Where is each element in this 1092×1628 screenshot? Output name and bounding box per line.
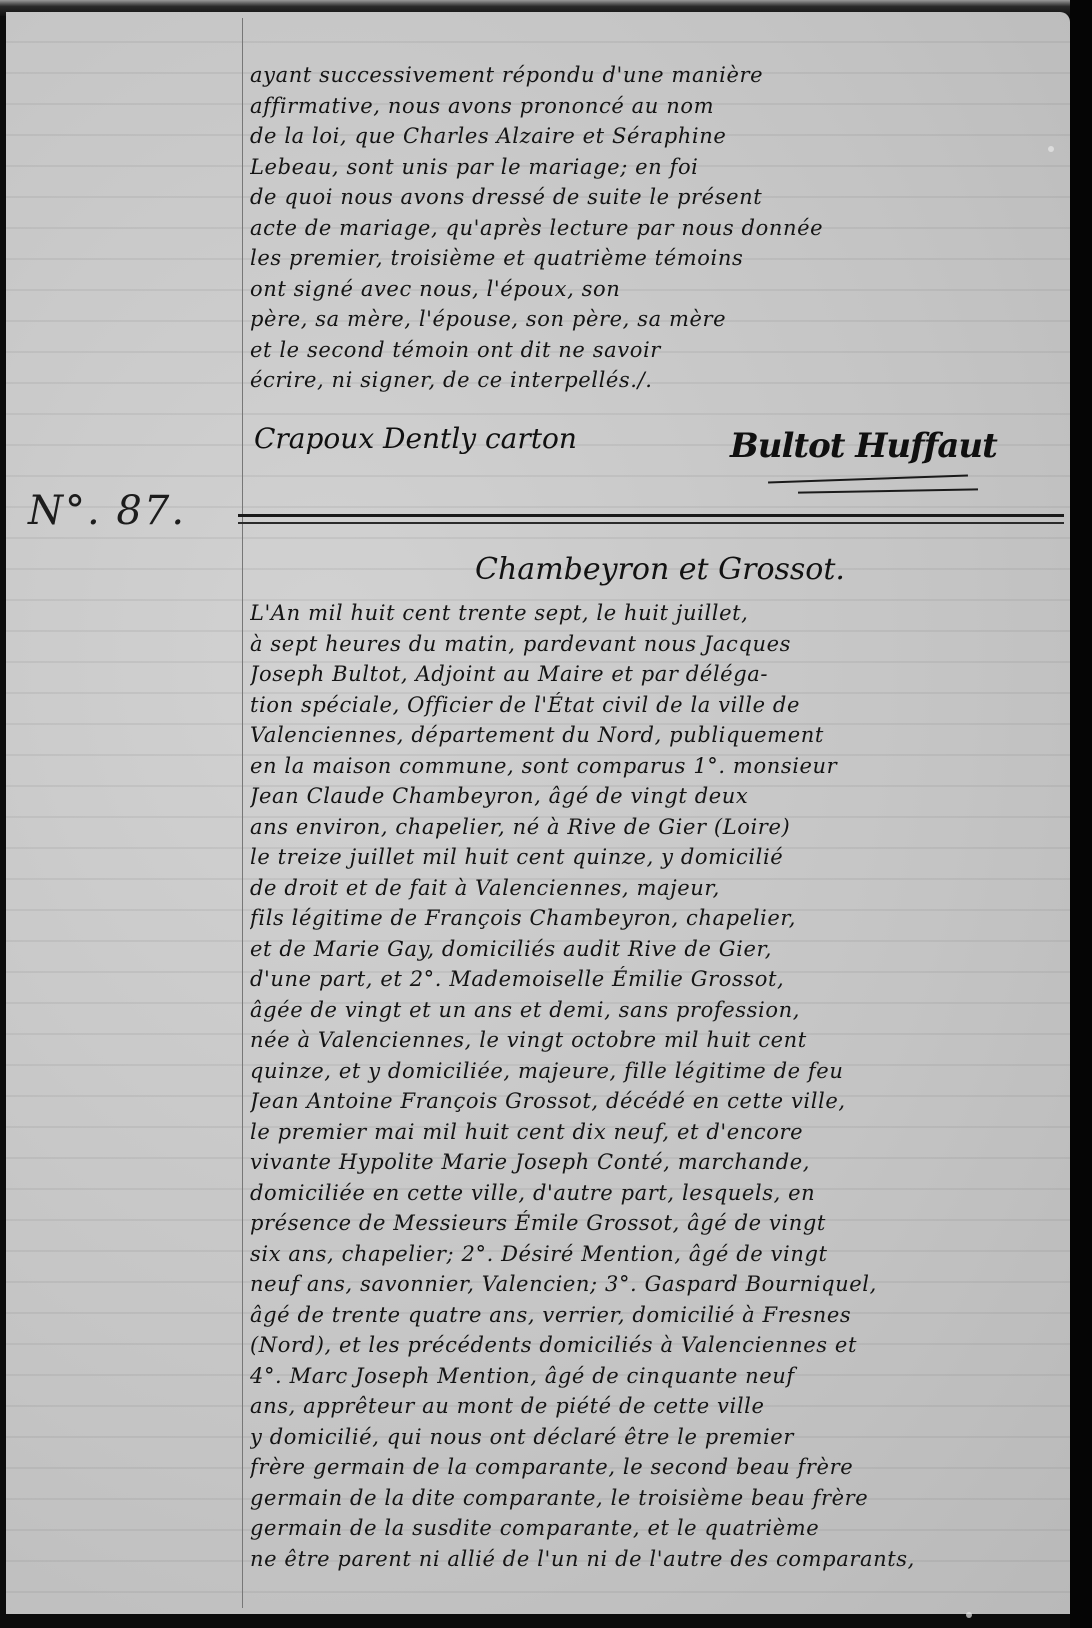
text-line: née à Valenciennes, le vingt octobre mil… bbox=[250, 1025, 1050, 1056]
text-line: d'une part, et 2°. Mademoiselle Émilie G… bbox=[250, 964, 1050, 995]
text-line: et le second témoin ont dit ne savoir bbox=[250, 335, 1050, 366]
text-line: les premier, troisième et quatrième témo… bbox=[250, 243, 1050, 274]
text-line: Jean Antoine François Grossot, décédé en… bbox=[250, 1086, 1050, 1117]
text-line: (Nord), et les précédents domiciliés à V… bbox=[250, 1330, 1050, 1361]
text-line: le treize juillet mil huit cent quinze, … bbox=[250, 842, 1050, 873]
margin-rule bbox=[242, 18, 243, 1608]
text-line: de droit et de fait à Valenciennes, maje… bbox=[250, 873, 1050, 904]
paper-speck bbox=[1048, 146, 1054, 152]
text-line: présence de Messieurs Émile Grossot, âgé… bbox=[250, 1208, 1050, 1239]
scan-right-edge bbox=[1070, 0, 1092, 1628]
signatures: Crapoux Dently carton Bultot Huffaut bbox=[250, 418, 1070, 478]
text-line: fils légitime de François Chambeyron, ch… bbox=[250, 903, 1050, 934]
text-line: le premier mai mil huit cent dix neuf, e… bbox=[250, 1117, 1050, 1148]
text-line: vivante Hypolite Marie Joseph Conté, mar… bbox=[250, 1147, 1050, 1178]
text-line: germain de la dite comparante, le troisi… bbox=[250, 1483, 1050, 1514]
text-line: acte de mariage, qu'après lecture par no… bbox=[250, 213, 1050, 244]
text-line: de quoi nous avons dressé de suite le pr… bbox=[250, 182, 1050, 213]
text-line: âgée de vingt et un ans et demi, sans pr… bbox=[250, 995, 1050, 1026]
text-line: y domicilié, qui nous ont déclaré être l… bbox=[250, 1422, 1050, 1453]
text-line: Lebeau, sont unis par le mariage; en foi bbox=[250, 152, 1050, 183]
text-line: ne être parent ni allié de l'un ni de l'… bbox=[250, 1544, 1050, 1575]
text-line: L'An mil huit cent trente sept, le huit … bbox=[250, 598, 1050, 629]
text-line: ayant successivement répondu d'une maniè… bbox=[250, 60, 1050, 91]
text-line: Jean Claude Chambeyron, âgé de vingt deu… bbox=[250, 781, 1050, 812]
text-line: Joseph Bultot, Adjoint au Maire et par d… bbox=[250, 659, 1050, 690]
text-line: âgé de trente quatre ans, verrier, domic… bbox=[250, 1300, 1050, 1331]
text-line: ans, apprêteur au mont de piété de cette… bbox=[250, 1391, 1050, 1422]
text-line: et de Marie Gay, domiciliés audit Rive d… bbox=[250, 934, 1050, 965]
entry-body-text: L'An mil huit cent trente sept, le huit … bbox=[250, 598, 1050, 1574]
text-line: à sept heures du matin, pardevant nous J… bbox=[250, 629, 1050, 660]
signature-officer: Bultot Huffaut bbox=[730, 426, 997, 466]
text-line: neuf ans, savonnier, Valencien; 3°. Gasp… bbox=[250, 1269, 1050, 1300]
text-line: ans environ, chapelier, né à Rive de Gie… bbox=[250, 812, 1050, 843]
text-line: tion spéciale, Officier de l'État civil … bbox=[250, 690, 1050, 721]
text-line: 4°. Marc Joseph Mention, âgé de cinquant… bbox=[250, 1361, 1050, 1392]
text-line: frère germain de la comparante, le secon… bbox=[250, 1452, 1050, 1483]
text-line: Valenciennes, département du Nord, publi… bbox=[250, 720, 1050, 751]
text-line: père, sa mère, l'épouse, son père, sa mè… bbox=[250, 304, 1050, 335]
entry-divider bbox=[238, 522, 1064, 524]
text-line: domiciliée en cette ville, d'autre part,… bbox=[250, 1178, 1050, 1209]
text-line: en la maison commune, sont comparus 1°. … bbox=[250, 751, 1050, 782]
entry-title: Chambeyron et Grossot. bbox=[250, 552, 1070, 587]
text-line: de la loi, que Charles Alzaire et Séraph… bbox=[250, 121, 1050, 152]
signature-witnesses: Crapoux Dently carton bbox=[254, 422, 577, 455]
previous-entry-text: ayant successivement répondu d'une maniè… bbox=[250, 60, 1050, 396]
text-line: quinze, et y domiciliée, majeure, fille … bbox=[250, 1056, 1050, 1087]
text-line: ont signé avec nous, l'époux, son bbox=[250, 274, 1050, 305]
paper-speck bbox=[966, 1612, 972, 1618]
text-line: germain de la susdite comparante, et le … bbox=[250, 1513, 1050, 1544]
text-line: écrire, ni signer, de ce interpellés./. bbox=[250, 365, 1050, 396]
entry-divider bbox=[238, 514, 1064, 517]
entry-number: N°. 87. bbox=[28, 488, 186, 534]
text-line: six ans, chapelier; 2°. Désiré Mention, … bbox=[250, 1239, 1050, 1270]
text-line: affirmative, nous avons prononcé au nom bbox=[250, 91, 1050, 122]
